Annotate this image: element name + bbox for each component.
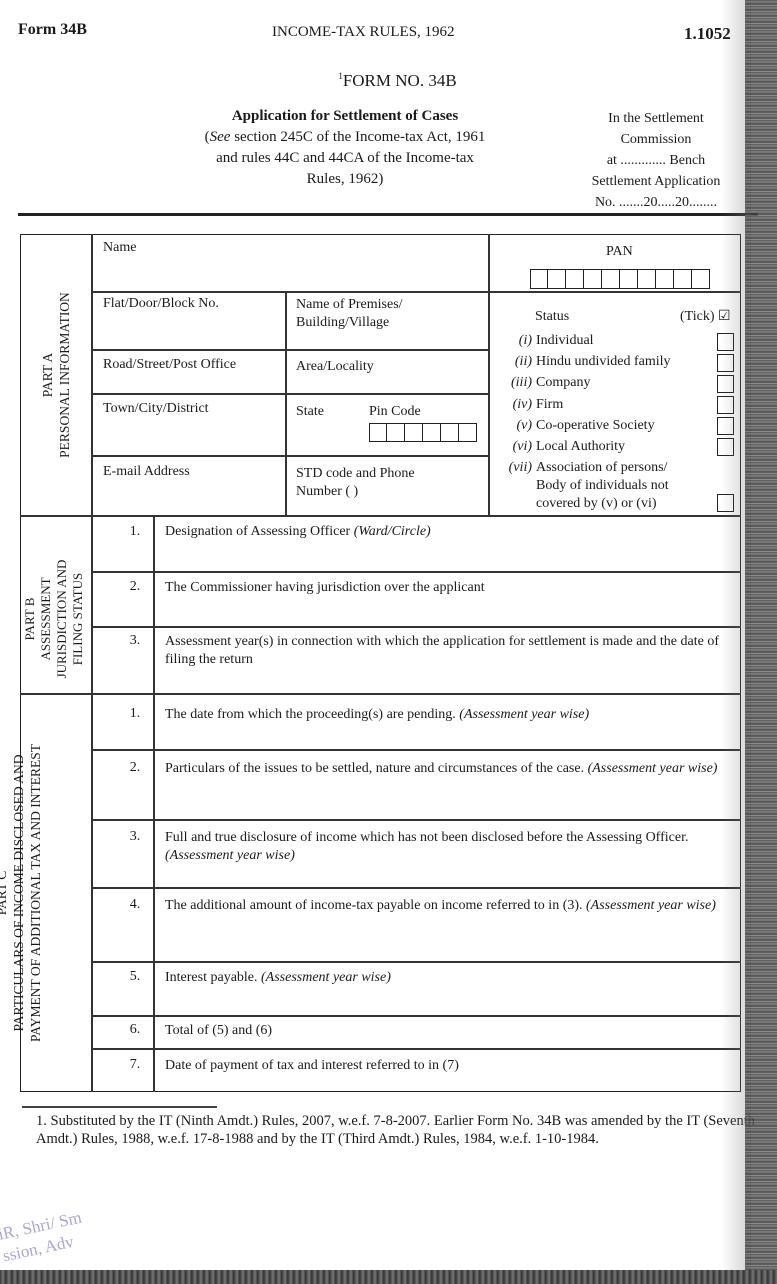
character-box[interactable]: [423, 423, 441, 442]
character-box[interactable]: [638, 269, 656, 289]
additional-income-tax-field[interactable]: The additional amount of income-tax paya…: [165, 897, 735, 915]
row-number: 5.: [105, 969, 165, 985]
divider: [91, 1015, 741, 1017]
row-number: 2.: [105, 579, 165, 595]
scan-edge: [745, 0, 777, 1284]
proceedings-pending-date-field[interactable]: The date from which the proceeding(s) ar…: [165, 706, 735, 724]
row-number: 2.: [105, 760, 165, 776]
divider: [91, 393, 488, 395]
form-title-text: FORM NO. 34B: [343, 71, 457, 90]
road-street-field[interactable]: Road/Street/Post Office: [103, 356, 236, 374]
row-number: 6.: [105, 1022, 165, 1038]
status-heading: Status: [535, 308, 569, 326]
state-field[interactable]: State: [296, 403, 324, 421]
part-c-side-label: PART C PARTICULARS OF INCOME DISCLOSED A…: [0, 733, 47, 1053]
divider: [488, 234, 490, 516]
application-number-field[interactable]: No. .......20.....20........: [572, 192, 740, 213]
row-number: 1.: [105, 524, 165, 540]
character-box[interactable]: [369, 423, 387, 442]
row-number: 3.: [105, 829, 165, 845]
character-box[interactable]: [620, 269, 638, 289]
character-box[interactable]: [405, 423, 423, 442]
character-box[interactable]: [656, 269, 674, 289]
divider: [91, 571, 741, 573]
status-option-huf: (ii)Hindu undivided family: [500, 353, 671, 371]
status-option-cooperative-society: (v)Co-operative Society: [500, 417, 655, 435]
divider: [285, 292, 287, 516]
divider: [91, 626, 741, 628]
town-city-field[interactable]: Town/City/District: [103, 400, 209, 418]
premises-field[interactable]: Name of Premises/ Building/Village: [296, 296, 403, 332]
stamp-mark: iR, Shri/ Sm ssion, Adv: [0, 1207, 88, 1268]
part-b-side-label: PART B ASSESSMENT JURISDICTION AND FILIN…: [22, 530, 90, 708]
issues-particulars-field[interactable]: Particulars of the issues to be settled,…: [165, 760, 735, 778]
status-option-aop-boi: (vii)Association of persons/Body of indi…: [500, 459, 669, 513]
part-a-side-label: PART A PERSONAL INFORMATION: [39, 250, 75, 500]
character-box[interactable]: [674, 269, 692, 289]
scan-edge-bottom: [0, 1270, 777, 1284]
divider: [91, 1048, 741, 1050]
payment-date-field[interactable]: Date of payment of tax and interest refe…: [165, 1057, 735, 1075]
divider: [18, 213, 758, 216]
settlement-commission-box: In the Settlement Commission at ........…: [572, 108, 740, 213]
footnote: 1. Substituted by the IT (Ninth Amdt.) R…: [36, 1112, 756, 1148]
divider: [91, 291, 741, 293]
divider: [153, 516, 155, 1092]
character-box[interactable]: [548, 269, 566, 289]
form-title: 1FORM NO. 34B: [0, 71, 777, 91]
page-header-form-number: Form 34B: [18, 21, 87, 39]
status-option-local-authority: (vi)Local Authority: [500, 438, 625, 456]
footnote-divider: [22, 1106, 217, 1108]
character-box[interactable]: [584, 269, 602, 289]
row-number: 3.: [105, 633, 165, 649]
commissioner-jurisdiction-field[interactable]: The Commissioner having jurisdiction ove…: [165, 579, 735, 597]
status-option-individual: (i)Individual: [500, 332, 594, 350]
total-field[interactable]: Total of (5) and (6): [165, 1022, 735, 1040]
interest-payable-field[interactable]: Interest payable. (Assessment year wise): [165, 969, 735, 987]
phone-field[interactable]: STD code and Phone Number ( ): [296, 465, 415, 501]
character-box[interactable]: [387, 423, 405, 442]
pin-code-input-boxes[interactable]: [369, 423, 477, 442]
divider: [91, 455, 488, 457]
character-box[interactable]: [566, 269, 584, 289]
divider: [20, 693, 741, 695]
pan-input-boxes[interactable]: [530, 269, 710, 289]
character-box[interactable]: [441, 423, 459, 442]
pan-label: PAN: [606, 243, 633, 261]
income-disclosure-field[interactable]: Full and true disclosure of income which…: [165, 829, 735, 865]
application-title: Application for Settlement of Cases (See…: [150, 106, 540, 190]
character-box[interactable]: [530, 269, 548, 289]
divider: [91, 234, 93, 1092]
row-number: 4.: [105, 897, 165, 913]
assessing-officer-designation-field[interactable]: Designation of Assessing Officer (Ward/C…: [165, 523, 735, 541]
bench-field[interactable]: at ............. Bench: [572, 150, 740, 171]
divider: [91, 749, 741, 751]
row-number: 1.: [105, 706, 165, 722]
pin-code-label: Pin Code: [369, 403, 421, 421]
divider: [91, 887, 741, 889]
name-field[interactable]: Name: [103, 239, 136, 257]
divider: [91, 819, 741, 821]
email-field[interactable]: E-mail Address: [103, 463, 190, 481]
character-box[interactable]: [692, 269, 710, 289]
character-box[interactable]: [459, 423, 477, 442]
area-locality-field[interactable]: Area/Locality: [296, 358, 374, 376]
assessment-years-field[interactable]: Assessment year(s) in connection with wh…: [165, 633, 735, 669]
status-option-firm: (iv)Firm: [500, 396, 563, 414]
application-title-reference: (See section 245C of the Income-tax Act,…: [150, 127, 540, 148]
divider: [91, 961, 741, 963]
divider: [20, 515, 741, 517]
flat-door-block-field[interactable]: Flat/Door/Block No.: [103, 295, 219, 313]
status-option-company: (iii)Company: [500, 374, 590, 392]
character-box[interactable]: [602, 269, 620, 289]
application-title-main: Application for Settlement of Cases: [150, 106, 540, 127]
page-header-title: INCOME-TAX RULES, 1962: [272, 24, 455, 41]
row-number: 7.: [105, 1057, 165, 1073]
divider: [91, 349, 488, 351]
